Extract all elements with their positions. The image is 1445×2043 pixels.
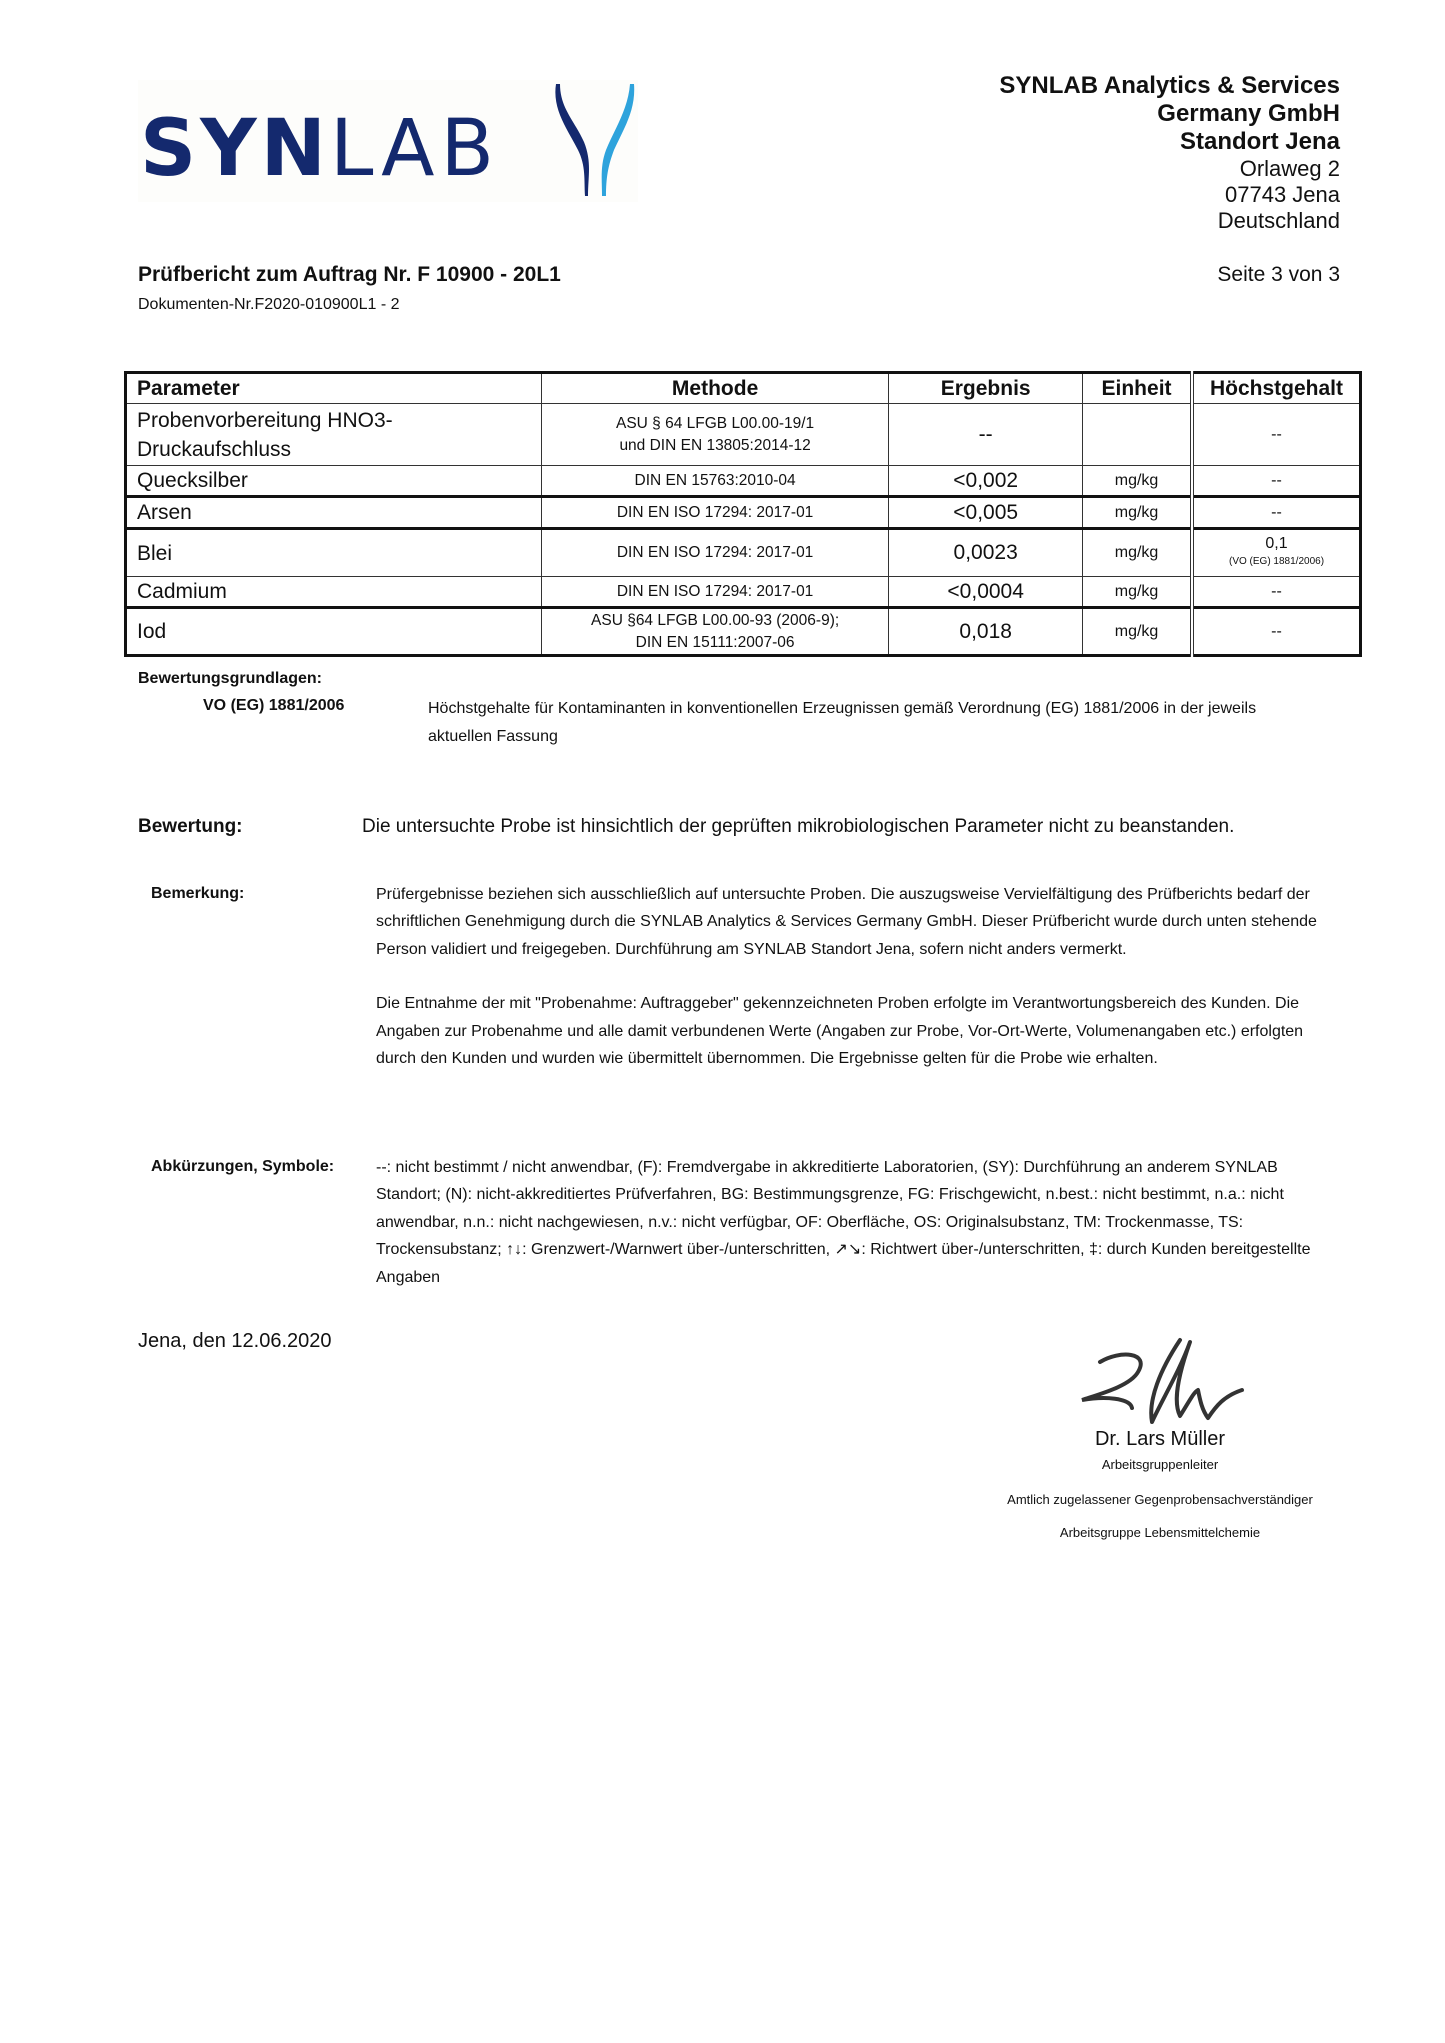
basis-description: Höchstgehalte für Kontaminanten in konve… — [428, 695, 1318, 751]
abbreviations-label: Abkürzungen, Symbole: — [151, 1158, 334, 1176]
remark-paragraph-2: Die Entnahme der mit "Probenahme: Auftra… — [376, 990, 1326, 1072]
cell-method: ASU § 64 LFGB L00.00-19/1und DIN EN 1380… — [541, 404, 888, 466]
table-row: Arsen DIN EN ISO 17294: 2017-01 <0,005 m… — [126, 497, 1361, 529]
basis-label: Bewertungsgrundlagen: — [138, 670, 322, 688]
company-name-line1: SYNLAB Analytics & Services — [999, 72, 1340, 100]
synlab-logo: SYNLAB — [138, 80, 638, 202]
document-number: Dokumenten-Nr.F2020-010900L1 - 2 — [138, 296, 400, 314]
cell-method: DIN EN ISO 17294: 2017-01 — [541, 497, 888, 529]
cell-parameter: Quecksilber — [126, 466, 542, 497]
signature-block: Dr. Lars Müller Arbeitsgruppenleiter Amt… — [960, 1330, 1360, 1540]
cell-parameter: Arsen — [126, 497, 542, 529]
cell-result: 0,018 — [889, 608, 1083, 656]
remark-paragraph-1: Prüfergebnisse beziehen sich ausschließl… — [376, 881, 1326, 963]
cell-unit: mg/kg — [1083, 608, 1192, 656]
cell-parameter: Cadmium — [126, 577, 542, 608]
header-method: Methode — [541, 373, 888, 404]
cell-parameter: Blei — [126, 529, 542, 577]
cell-result: <0,0004 — [889, 577, 1083, 608]
header-unit: Einheit — [1083, 373, 1192, 404]
table-row: Iod ASU §64 LFGB L00.00-93 (2006-9);DIN … — [126, 608, 1361, 656]
logo-swoosh-icon — [548, 80, 638, 198]
place-date: Jena, den 12.06.2020 — [138, 1330, 332, 1353]
evaluation-label: Bewertung: — [138, 816, 243, 838]
company-street: Orlaweg 2 — [999, 156, 1340, 182]
remark-text: Prüfergebnisse beziehen sich ausschließl… — [376, 881, 1326, 1099]
table-row: Quecksilber DIN EN 15763:2010-04 <0,002 … — [126, 466, 1361, 497]
cell-method: DIN EN ISO 17294: 2017-01 — [541, 529, 888, 577]
cell-result: 0,0023 — [889, 529, 1083, 577]
table-row: Cadmium DIN EN ISO 17294: 2017-01 <0,000… — [126, 577, 1361, 608]
cell-method: ASU §64 LFGB L00.00-93 (2006-9);DIN EN 1… — [541, 608, 888, 656]
page-number: Seite 3 von 3 — [1217, 263, 1340, 287]
cell-result: <0,005 — [889, 497, 1083, 529]
cell-unit: mg/kg — [1083, 577, 1192, 608]
cell-limit: -- — [1192, 466, 1360, 497]
company-city: 07743 Jena — [999, 182, 1340, 208]
header-limit: Höchstgehalt — [1192, 373, 1360, 404]
company-address: SYNLAB Analytics & Services Germany GmbH… — [999, 72, 1340, 234]
remark-label: Bemerkung: — [151, 885, 244, 903]
cell-method: DIN EN 15763:2010-04 — [541, 466, 888, 497]
abbreviations-text: --: nicht bestimmt / nicht anwendbar, (F… — [376, 1154, 1326, 1291]
cell-limit: -- — [1192, 608, 1360, 656]
cell-method: DIN EN ISO 17294: 2017-01 — [541, 577, 888, 608]
company-location: Standort Jena — [999, 128, 1340, 156]
report-title: Prüfbericht zum Auftrag Nr. F 10900 - 20… — [138, 263, 561, 287]
signatory-qualification: Amtlich zugelassener Gegenprobensachvers… — [960, 1492, 1360, 1507]
cell-unit: mg/kg — [1083, 497, 1192, 529]
limit-note: (VO (EG) 1881/2006) — [1204, 553, 1349, 571]
cell-limit: -- — [1192, 577, 1360, 608]
cell-unit: mg/kg — [1083, 529, 1192, 577]
cell-limit: 0,1(VO (EG) 1881/2006) — [1192, 529, 1360, 577]
results-table: Parameter Methode Ergebnis Einheit Höchs… — [124, 371, 1362, 657]
cell-parameter: Iod — [126, 608, 542, 656]
cell-unit: mg/kg — [1083, 466, 1192, 497]
signature-icon — [1060, 1330, 1260, 1430]
company-name-line2: Germany GmbH — [999, 100, 1340, 128]
header-result: Ergebnis — [889, 373, 1083, 404]
table-header-row: Parameter Methode Ergebnis Einheit Höchs… — [126, 373, 1361, 404]
cell-unit — [1083, 404, 1192, 466]
cell-limit: -- — [1192, 497, 1360, 529]
signatory-group: Arbeitsgruppe Lebensmittelchemie — [960, 1525, 1360, 1540]
cell-limit: -- — [1192, 404, 1360, 466]
table-row: Probenvorbereitung HNO3-Druckaufschluss … — [126, 404, 1361, 466]
evaluation-text: Die untersuchte Probe ist hinsichtlich d… — [362, 816, 1234, 838]
signatory-name: Dr. Lars Müller — [960, 1428, 1360, 1451]
signatory-role: Arbeitsgruppenleiter — [960, 1457, 1360, 1472]
company-country: Deutschland — [999, 208, 1340, 234]
cell-result: -- — [889, 404, 1083, 466]
cell-parameter: Probenvorbereitung HNO3-Druckaufschluss — [126, 404, 542, 466]
table-row: Blei DIN EN ISO 17294: 2017-01 0,0023 mg… — [126, 529, 1361, 577]
logo-wordmark: SYNLAB — [140, 110, 500, 188]
header-parameter: Parameter — [126, 373, 542, 404]
basis-regulation-code: VO (EG) 1881/2006 — [203, 697, 344, 715]
cell-result: <0,002 — [889, 466, 1083, 497]
